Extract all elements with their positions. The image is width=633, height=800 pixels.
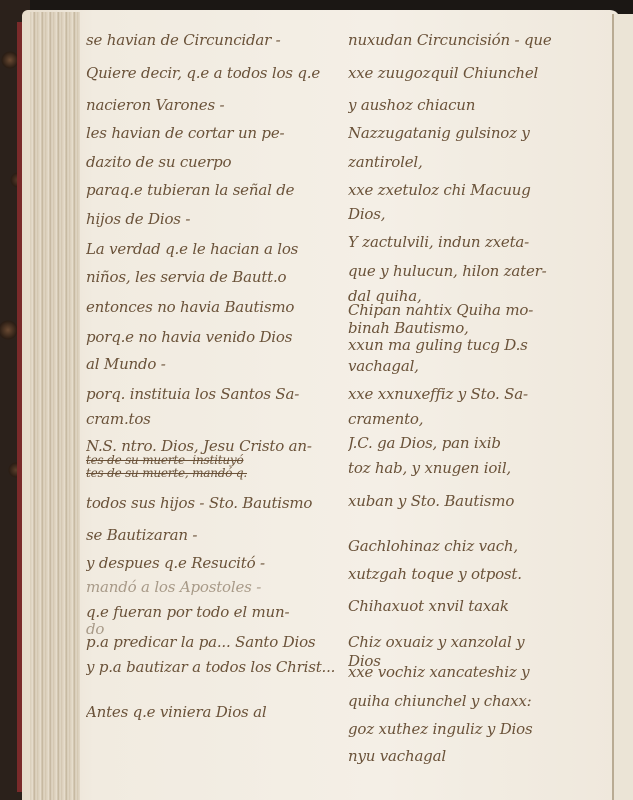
left_column-line: nacieron Varones - (86, 96, 346, 114)
left_column-line: hijos de Dios - (86, 210, 346, 228)
left_column-line: niños, les servia de Bautt.o (86, 268, 346, 286)
left_column-line: les havian de cortar un pe- (86, 124, 346, 142)
right_column-line: xxe zuugozquil Chiunchel (348, 64, 603, 82)
adjacent-page-edge (612, 14, 633, 800)
left_column-line: se havian de Circuncidar - (86, 31, 346, 49)
left_column-line: La verdad q.e le hacian a los (86, 240, 346, 258)
right_column-line: Y zactulvili, indun zxeta- (348, 233, 603, 251)
right_column-line: xxe zxetuloz chi Macuug (348, 181, 603, 199)
left_column-line: todos sus hijos - Sto. Bautismo (86, 494, 346, 512)
right_column-line: xxun ma guling tucg D.s (348, 336, 603, 354)
left_column-line: y p.a bautizar a todos los Christ... (86, 658, 346, 676)
right_column-line: binah Bautismo, (348, 319, 603, 337)
left_column-line: y despues q.e Resucitó - (86, 554, 346, 572)
left_column-line: cram.tos (86, 410, 346, 428)
right_column-line: y aushoz chiacun (348, 96, 603, 114)
right_column-line: xutzgah toque y otpost. (348, 565, 603, 583)
right_column-line: quiha chiunchel y chaxx: (348, 692, 603, 710)
right_column-line: Chihaxuot xnvil taxak (348, 597, 603, 615)
left_column-line: al Mundo - (86, 355, 346, 373)
right_column-line: Chipan nahtix Quiha mo- (348, 301, 603, 319)
right_column-line: J.C. ga Dios, pan ixib (348, 434, 603, 452)
right_column-line: vachagal, (348, 357, 603, 375)
right_column-line: Gachlohinaz chiz vach, (348, 537, 603, 555)
right_column-line: xxe xxnuxeffiz y Sto. Sa- (348, 385, 603, 403)
right_column-line: nuxudan Circuncisión - que (348, 31, 603, 49)
left_column-line: Antes q.e viniera Dios al (86, 703, 346, 721)
right_column-line: Chiz oxuaiz y xanzolal y (348, 633, 603, 651)
right_column-line: Dios, (348, 205, 603, 223)
page-stack-edges (30, 12, 80, 800)
left_column-line: tes de su muerte, mandó q. (86, 466, 346, 480)
left_column-line: porq.e no havia venido Dios (86, 328, 346, 346)
left_column-line: se Bautizaran - (86, 526, 346, 544)
left_column-line: tes de su muerte -instituyó (86, 453, 346, 467)
right_column-line: nyu vachagal (348, 747, 603, 765)
right_column-line: xuban y Sto. Bautismo (348, 492, 603, 510)
right_column-line: Nazzugatanig gulsinoz y (348, 124, 603, 142)
left_column-line: porq. instituia los Santos Sa- (86, 385, 346, 403)
left_column-line: mandó a los Apostoles - (86, 578, 346, 596)
right_column-line: goz xuthez inguliz y Dios (348, 720, 603, 738)
left_column-line: dazito de su cuerpo (86, 153, 346, 171)
right_column-line: cramento, (348, 410, 603, 428)
left_column-line: p.a predicar la pa... Santo Dios (86, 633, 346, 651)
left_column-line: entonces no havia Bautismo (86, 298, 346, 316)
right_column-line: toz hab, y xnugen ioil, (348, 459, 603, 477)
right_column-line: xxe vochiz xancateshiz y (348, 663, 603, 681)
left_column-line: paraq.e tubieran la señal de (86, 181, 346, 199)
left_column-line: Quiere decir, q.e a todos los q.e (86, 64, 346, 82)
right_column-line: zantirolel, (348, 153, 603, 171)
right_column-line: que y hulucun, hilon zater- (348, 262, 603, 280)
left_column-line: q.e fueran por todo el mun- (86, 603, 346, 621)
